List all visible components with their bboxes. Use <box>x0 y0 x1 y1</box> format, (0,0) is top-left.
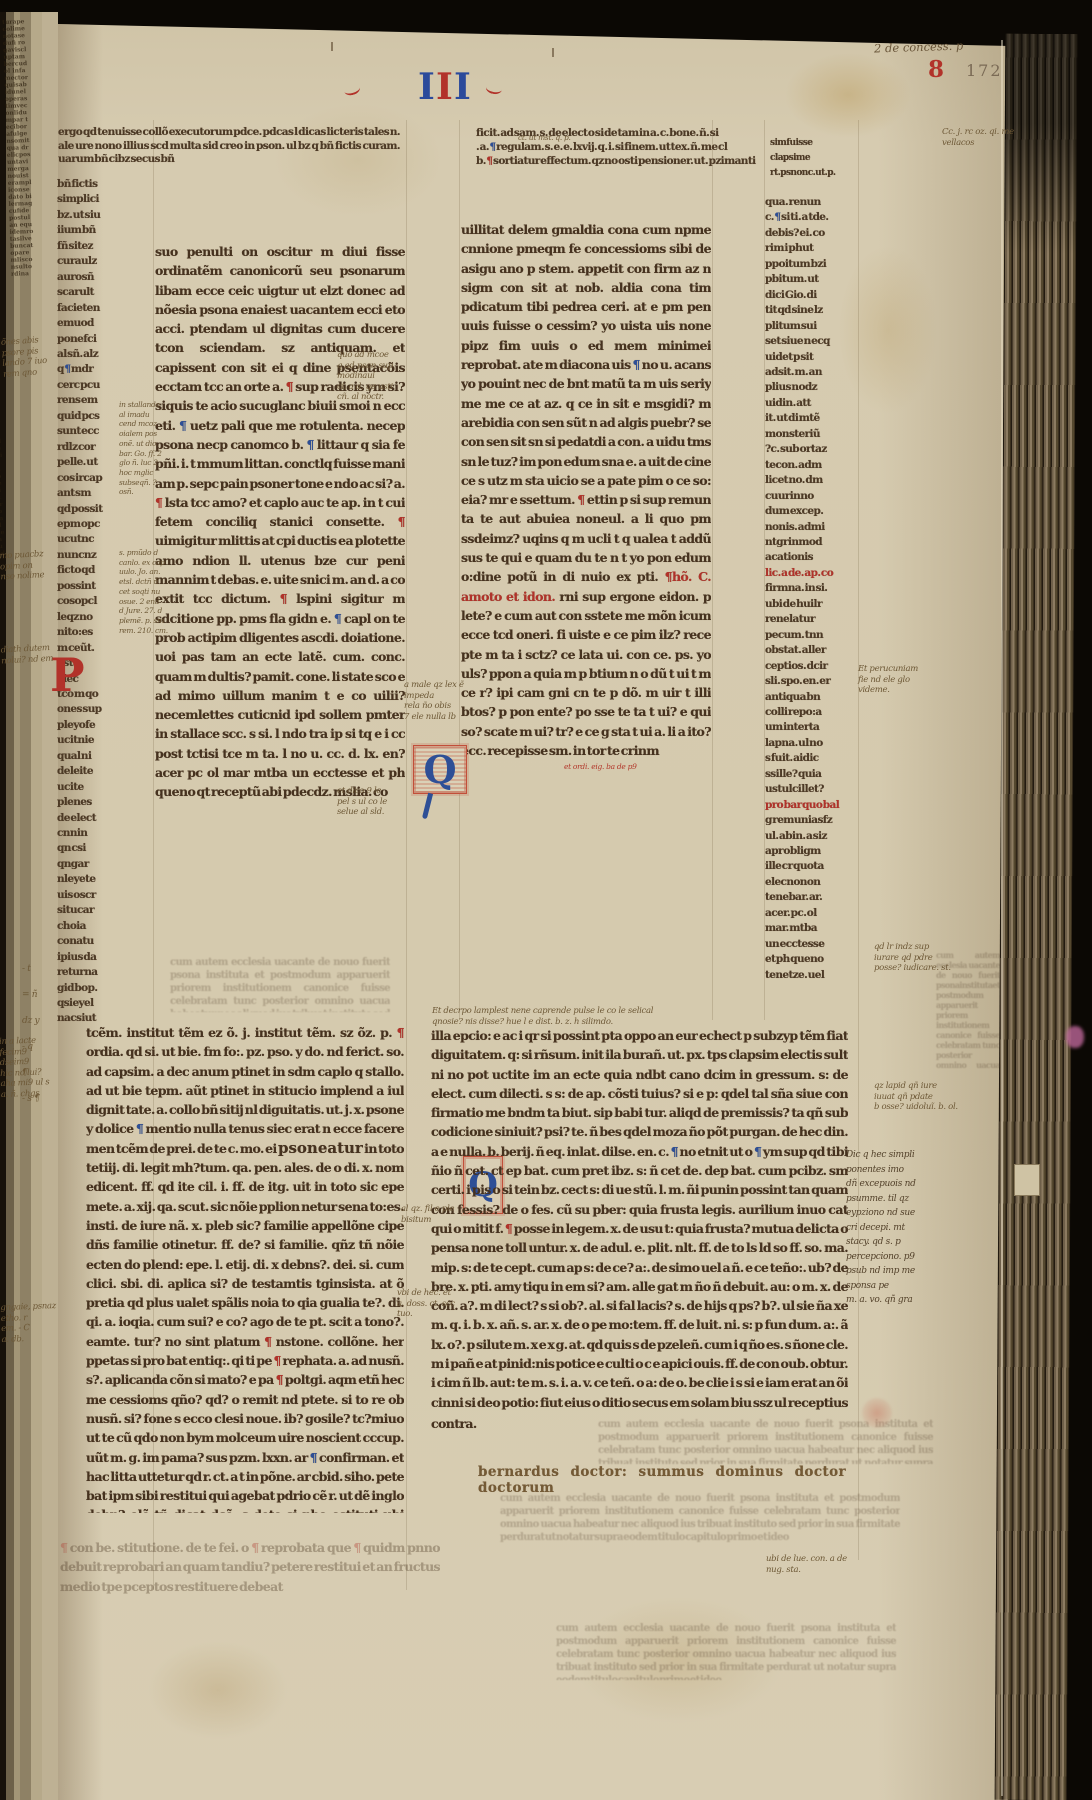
initial-Q-letter: Q <box>423 747 456 792</box>
initial-Q-filigree-box: Q <box>413 745 467 794</box>
facing-page-sliver: ctizmoelpznoamsedelifo renamitucapouierg… <box>0 12 58 1800</box>
page-edge-highlight <box>1001 40 1003 1796</box>
show-through-text: cum autem ecclesia uacante de nouo fueri… <box>500 1492 900 1554</box>
gutter-cursive-note: quo ad mcoe q ad pson sup modinaui ci. a… <box>337 350 407 403</box>
margin-cursive-note: in stallando al imadu cend mcoz oialem p… <box>119 400 181 497</box>
show-through-text: cum autem ecclesia uacante de nouo fueri… <box>936 950 1000 1068</box>
top-right-fragment: sim fuisse clapsime rt. psnonc. ut. p. <box>770 136 848 188</box>
right-margin-cursive-note: qz lapid qñ iure iuuat qñ pdate b osse? … <box>874 1081 966 1113</box>
folio-number-pencil: 172 <box>966 61 1003 80</box>
right-main-column: uillitat delem gmaldia cona cum npme cnn… <box>461 220 711 1010</box>
sliver-cursive-note: õnes abis psore pis lando 7 iuo rem qno <box>1 334 58 380</box>
pink-bookmark-fleck <box>1066 1026 1084 1048</box>
show-through-text: cum autem ecclesia uacante de nouo fueri… <box>170 956 390 1012</box>
ruling-line <box>712 120 713 1020</box>
parchment-tab <box>1014 1164 1040 1196</box>
ruling-tick <box>552 48 554 57</box>
red-seal-show-through <box>862 1398 892 1428</box>
bottom-right-block: illa epcio: e ac i qr si possint pta opp… <box>431 1026 848 1414</box>
right-margin-cursive-note: Et perucuniam fie nd ele glo videme. <box>858 664 938 696</box>
top-left-gloss: ergo qd tenuisse collõ executorum pdce. … <box>58 126 400 182</box>
sliver-cursive-note: gngaie, psnaz etho. r em. - C a. db. <box>0 1301 57 1345</box>
red-interlinear-note: et ordi. eig. ba de p9 <box>564 762 674 773</box>
catchword-contra: contra. <box>431 1414 521 1434</box>
right-margin-cursive-note: ubi de lue. con. a de nug. sta. <box>766 1554 866 1575</box>
margin-cursive-note: s. pmũdo d canlo. ex cap uulo. Jo. an. e… <box>119 548 181 635</box>
bottom-left-block: tcẽm. institut tẽm ez õ. j. institut tẽm… <box>86 1023 404 1513</box>
ruling-tick <box>331 42 333 51</box>
sliver-cursive-note: mo puacbz opim on nso nolime <box>0 549 55 583</box>
foot-cursive-note: Et decrpo lamplest nene caprende pulse l… <box>432 1006 717 1027</box>
bottom-left-faded-lines: ¶ con be. stitutione. de te fei. o ¶ rep… <box>60 1538 440 1596</box>
right-margin-cursive-note: Dic q hec simpli ponentes imo dñ excepuo… <box>846 1148 934 1308</box>
book-fore-edge <box>995 34 1078 1800</box>
ruling-line <box>406 120 407 1590</box>
book-numeral-letter: I <box>454 66 471 108</box>
sliver-cursive-note: diath dutem nolui? nd em <box>0 643 57 667</box>
book-numeral-letter: I <box>418 66 435 108</box>
right-gloss-column: qua. renun c. ¶ si ti. a tde. debis? ei.… <box>765 195 860 1019</box>
gutter-cursive-note: vbi de hec. et a. doss. ct. scc tuo. <box>397 1288 463 1320</box>
margin-reference-marks: - t = ñ dz y - q ¶ - s ¶ <box>22 956 56 1112</box>
interlinear-cursive-note: ct. ut mst. q. p. <box>518 133 608 144</box>
ruling-line <box>459 120 460 1020</box>
show-through-text: cum autem ecclesia uacante de nouo fueri… <box>556 1622 896 1680</box>
book-numeral-letter: I <box>436 66 453 108</box>
corner-cursive-note: Cc. j. rc oz. qi. me vellacos <box>942 127 1014 148</box>
manuscript-photo: ctizmoelpznoamsedelifo renamitucapouierg… <box>0 0 1092 1800</box>
gutter-cursive-note: al qz. fil e ple bisitum <box>401 1204 471 1225</box>
folio-number-red: 8 <box>928 56 944 83</box>
gutter-cursive-note: et dico 9 le pel s ul co le selue al sld… <box>337 786 407 818</box>
gutter-cursive-note: a male qz lex ẽ impeda rela ño obis 7 el… <box>404 680 484 722</box>
